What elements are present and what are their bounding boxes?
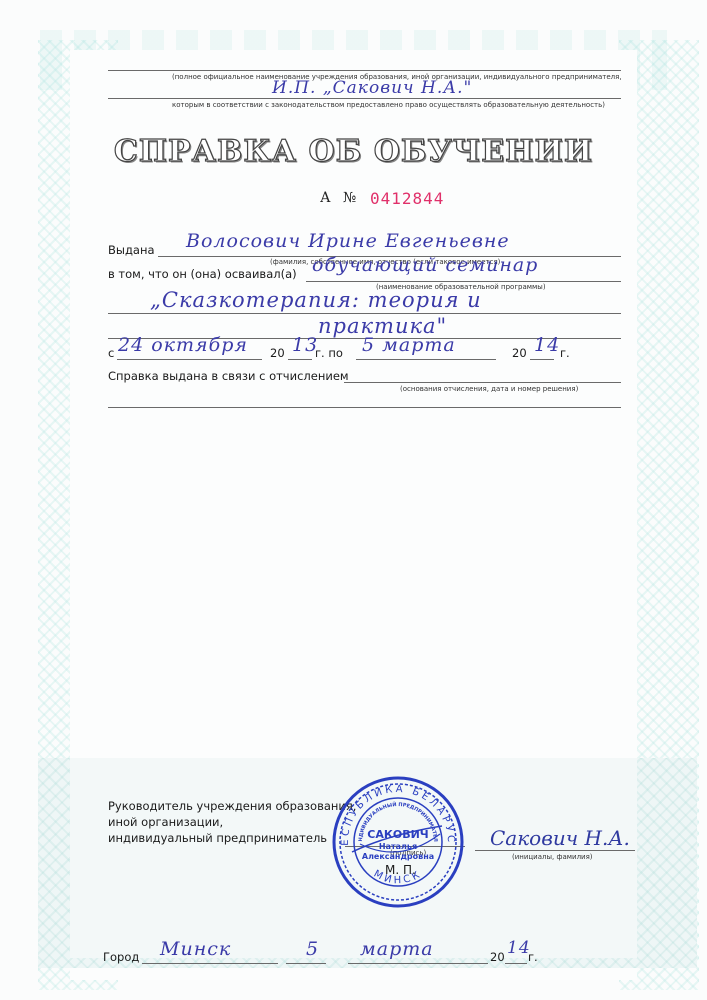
period-from-year-prefix: 20 — [270, 346, 285, 360]
city-line — [142, 963, 278, 964]
period-from-year-unit: г. по — [315, 346, 343, 360]
program-value-line2: „Сказкотерапия: теория и — [150, 288, 482, 312]
city-value: Минск — [160, 938, 231, 960]
program-label: в том, что он (она) осваивал(а) — [108, 267, 297, 281]
period-to-year-suffix: 14 — [534, 334, 560, 356]
issuer-handwritten-name: И.П. „Сакович Н.А." — [272, 78, 472, 98]
name-line — [475, 850, 635, 851]
series-letter: А — [320, 190, 331, 206]
official-stamp-icon: РЕСПУБЛИКА БЕЛАРУСЬ МИНСК ИНДИВИДУАЛЬНЫЙ… — [330, 774, 466, 910]
footer-month: марта — [360, 938, 434, 960]
svg-text:МИНСК: МИНСК — [372, 868, 425, 886]
period-to-year-unit: г. — [560, 346, 570, 360]
expulsion-line — [344, 382, 621, 383]
footer-day-line — [286, 963, 326, 964]
document-title: СПРАВКА ОБ ОБУЧЕНИИ — [0, 134, 707, 169]
signatory-handwritten-name: Сакович Н.А. — [490, 826, 630, 850]
footer-month-line — [348, 963, 488, 964]
document-number: 0412844 — [370, 189, 444, 208]
period-to-year-line — [530, 359, 554, 360]
city-label: Город — [103, 950, 139, 964]
issued-to-value: Волосович Ирине Евгеньевне — [186, 230, 510, 252]
footer-year-prefix: 20 — [490, 950, 505, 964]
signatory-line-2: иной организации, — [108, 815, 223, 829]
footer-year-unit: г. — [528, 950, 538, 964]
name-caption: (инициалы, фамилия) — [512, 853, 593, 861]
period-to-day-month: 5 марта — [362, 334, 456, 356]
period-from-line — [117, 359, 262, 360]
signatory-line-1: Руководитель учреждения образования, — [108, 799, 356, 813]
footer-day: 5 — [306, 938, 319, 960]
period-to-line — [356, 359, 496, 360]
footer-year-line — [505, 963, 527, 964]
program-line-1 — [306, 281, 621, 282]
svg-text:Александровна: Александровна — [362, 852, 434, 861]
issuer-caption-2: которым в соответствии с законодательств… — [172, 101, 605, 109]
period-to-year-prefix: 20 — [512, 346, 527, 360]
program-value-line1: обучающий семинар — [312, 254, 538, 276]
issued-to-label: Выдана — [108, 243, 155, 257]
signatory-line-3: индивидуальный предприниматель — [108, 831, 327, 845]
period-from-prefix: с — [108, 346, 114, 360]
issuer-line-1 — [108, 70, 621, 71]
period-from-year-line — [288, 359, 312, 360]
expulsion-line-2 — [108, 407, 621, 408]
expulsion-caption: (основания отчисления, дата и номер реше… — [400, 385, 578, 393]
number-sign: № — [343, 190, 356, 206]
period-from-day-month: 24 октября — [118, 334, 248, 356]
issuer-line-2 — [108, 98, 621, 99]
expulsion-label: Справка выдана в связи с отчислением — [108, 369, 349, 383]
